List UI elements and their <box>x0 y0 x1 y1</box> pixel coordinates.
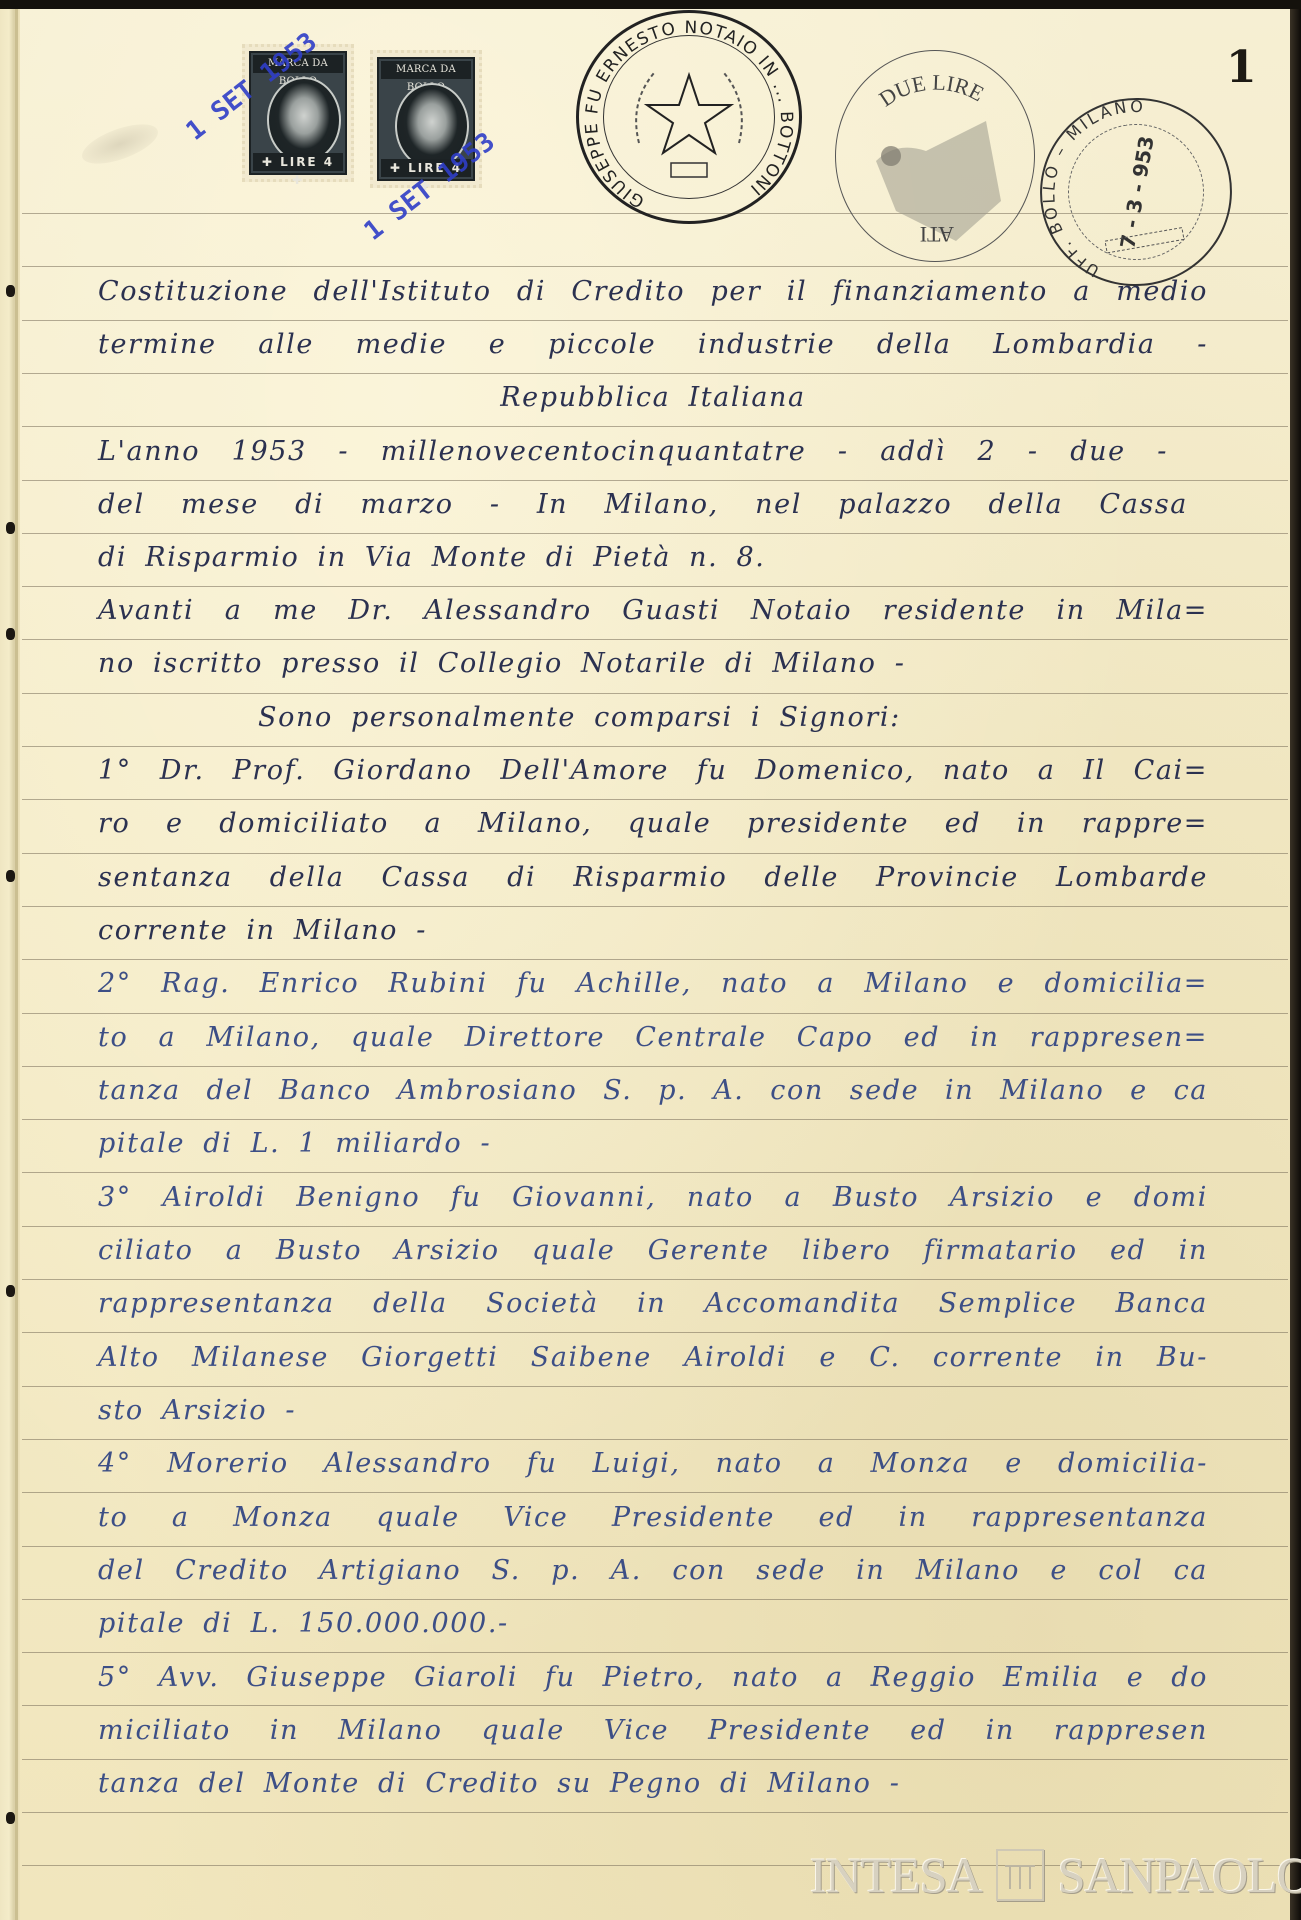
ruled-line <box>22 426 1288 427</box>
ruled-line <box>22 799 1288 800</box>
star-emblem-icon: GIUSEPPE FU ERNESTO NOTAIO IN ... BOTTON… <box>579 13 799 221</box>
ruled-line <box>22 1279 1288 1280</box>
binding-hole <box>6 285 15 297</box>
scan-top-border <box>0 0 1301 9</box>
due-lire-bottom: ATI <box>920 222 954 247</box>
ruled-line <box>22 853 1288 854</box>
text-line: 5° Avv. Giuseppe Giaroli fu Pietro, nato… <box>98 1656 1208 1700</box>
ruled-line <box>22 320 1288 321</box>
intesa-sanpaolo-watermark: INTESA SANPAOLO <box>810 1848 1301 1902</box>
text-line: di Risparmio in Via Monte di Pietà n. 8. <box>98 536 1208 580</box>
ruled-line <box>22 1439 1288 1440</box>
ruled-line <box>22 1386 1288 1387</box>
text-line: corrente in Milano - <box>98 909 1208 953</box>
spine-fold <box>15 9 18 1920</box>
text-line: tanza del Monte di Credito su Pegno di M… <box>98 1762 1208 1806</box>
binding-hole <box>6 870 15 882</box>
text-line: sentanza della Cassa di Risparmio delle … <box>98 856 1208 900</box>
binding-hole <box>6 628 15 640</box>
text-line: miciliato in Milano quale Vice President… <box>98 1709 1208 1753</box>
text-line: no iscritto presso il Collegio Notarile … <box>98 642 1208 686</box>
text-line: termine alle medie e piccole industrie d… <box>98 323 1208 367</box>
italia-portrait-icon <box>267 77 341 163</box>
notary-seal: GIUSEPPE FU ERNESTO NOTAIO IN ... BOTTON… <box>576 10 802 224</box>
page-number: 1 <box>1226 42 1257 93</box>
revenue-stamp-value: ✚ LIRE 4 ✚ <box>253 153 343 171</box>
text-line: rappresentanza della Società in Accomand… <box>98 1282 1208 1326</box>
ruled-line <box>22 639 1288 640</box>
ruled-line <box>22 1119 1288 1120</box>
text-line: 3° Airoldi Benigno fu Giovanni, nato a B… <box>98 1176 1208 1220</box>
ruled-line <box>22 1759 1288 1760</box>
text-line: pitale di L. 150.000.000.- <box>98 1602 1208 1646</box>
paper-smudge <box>77 116 162 172</box>
ruled-line <box>22 1226 1288 1227</box>
text-line: Sono personalmente comparsi i Signori: <box>98 696 1208 740</box>
text-line: 2° Rag. Enrico Rubini fu Achille, nato a… <box>98 962 1208 1006</box>
text-line: sto Arsizio - <box>98 1389 1208 1433</box>
text-line: Alto Milanese Giorgetti Saibene Airoldi … <box>98 1336 1208 1380</box>
text-line: Costituzione dell'Istituto di Credito pe… <box>98 270 1208 314</box>
ruled-line <box>22 533 1288 534</box>
ruled-line <box>22 1013 1288 1014</box>
text-line: ro e domiciliato a Milano, quale preside… <box>98 802 1208 846</box>
notary-seal-text: GIUSEPPE FU ERNESTO NOTAIO IN ... BOTTON… <box>582 18 796 212</box>
heading-repubblica-italiana: Repubblica Italiana <box>98 376 1208 420</box>
ruled-line <box>22 693 1288 694</box>
text-line: del mese di marzo - In Milano, nel palaz… <box>98 483 1188 527</box>
ruled-line <box>22 1546 1288 1547</box>
text-line: to a Milano, quale Direttore Centrale Ca… <box>98 1016 1208 1060</box>
ruled-line <box>22 586 1288 587</box>
text-line: L'anno 1953 - millenovecentocinquantatre… <box>98 430 1168 474</box>
ruled-line <box>22 1172 1288 1173</box>
text-line: pitale di L. 1 miliardo - <box>98 1122 1208 1166</box>
ruled-line <box>22 1599 1288 1600</box>
svg-text:GIUSEPPE FU ERNESTO NOTAIO IN: GIUSEPPE FU ERNESTO NOTAIO IN ... BOTTON… <box>582 18 796 212</box>
svg-text:DUE LIRE: DUE LIRE <box>874 70 988 112</box>
ruled-line <box>22 480 1288 481</box>
text-line: to a Monza quale Vice Presidente ed in r… <box>98 1496 1208 1540</box>
text-line: 4° Morerio Alessandro fu Luigi, nato a M… <box>98 1442 1208 1486</box>
scan-right-border <box>1290 9 1301 1920</box>
due-lire-label: DUE LIRE <box>874 70 988 112</box>
ruled-line <box>22 1652 1288 1653</box>
ruled-line <box>22 1812 1288 1813</box>
text-line: del Credito Artigiano S. p. A. con sede … <box>98 1549 1208 1593</box>
ruled-line <box>22 746 1288 747</box>
revenue-stamp-header: MARCA DA BOLLO <box>381 61 471 79</box>
text-line: 1° Dr. Prof. Giordano Dell'Amore fu Dome… <box>98 749 1208 793</box>
watermark-right: SANPAOLO <box>1058 1848 1301 1902</box>
text-line: ciliato a Busto Arsizio quale Gerente li… <box>98 1229 1208 1273</box>
ruled-line <box>22 906 1288 907</box>
ufficio-bollo-postmark: UFF. BOLLO – MILANO 7 - 3 - 953 <box>1025 83 1247 301</box>
binding-hole <box>6 522 15 534</box>
due-lire-tax-stamp: DUE LIRE ATI <box>835 50 1035 262</box>
arches-logo-icon <box>996 1849 1044 1901</box>
ruled-line <box>22 959 1288 960</box>
text-line: tanza del Banco Ambrosiano S. p. A. con … <box>98 1069 1208 1113</box>
text-line: Avanti a me Dr. Alessandro Guasti Notaio… <box>98 589 1208 633</box>
watermark-left: INTESA <box>810 1848 982 1902</box>
ruled-line <box>22 1492 1288 1493</box>
ruled-line <box>22 1332 1288 1333</box>
binding-hole <box>6 1285 15 1297</box>
binding-hole <box>6 1812 15 1824</box>
ruled-line <box>22 373 1288 374</box>
ruled-line <box>22 1066 1288 1067</box>
ruled-line <box>22 1705 1288 1706</box>
